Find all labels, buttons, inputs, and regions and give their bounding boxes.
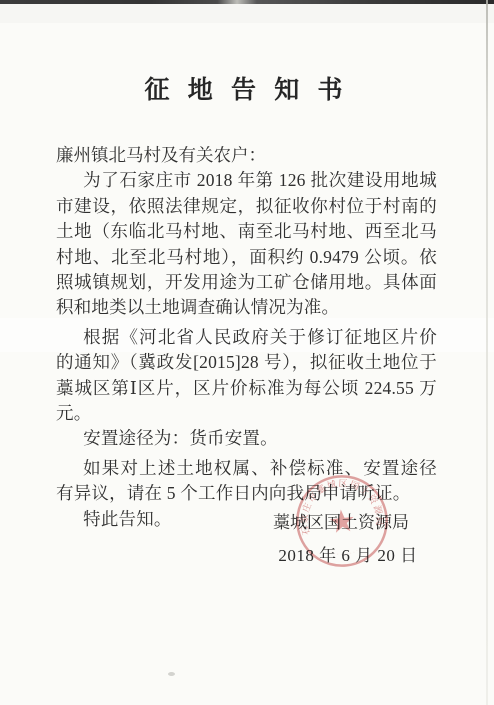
scan-speck xyxy=(168,672,175,676)
salutation-line: 廉州镇北马村及有关农户： xyxy=(56,143,437,168)
document-body: 征 地 告 知 书 廉州镇北马村及有关农户： 为了石家庄市 2018 年第 12… xyxy=(0,78,494,532)
paragraph-project: 为了石家庄市 2018 年第 126 批次建设用地城市建设，依照法律规定，拟征收… xyxy=(56,168,437,320)
paragraph-compensation: 根据《河北省人民政府关于修订征地区片价的通知》（冀政发[2015]28 号），拟… xyxy=(56,325,437,427)
official-seal: 石家庄市藁城区国土资源局 ············· xyxy=(289,468,395,574)
scan-edge-line-top xyxy=(0,0,494,4)
seal-code: ············· xyxy=(324,544,367,559)
paragraph-resettlement: 安置途径为：货币安置。 xyxy=(56,426,437,451)
scanned-notice-page: 征 地 告 知 书 廉州镇北马村及有关农户： 为了石家庄市 2018 年第 12… xyxy=(0,0,494,705)
svg-text:·············: ············· xyxy=(324,544,367,559)
scan-shade-band-top xyxy=(0,3,494,23)
seal-star-icon xyxy=(329,508,355,533)
document-title: 征 地 告 知 书 xyxy=(56,78,437,103)
